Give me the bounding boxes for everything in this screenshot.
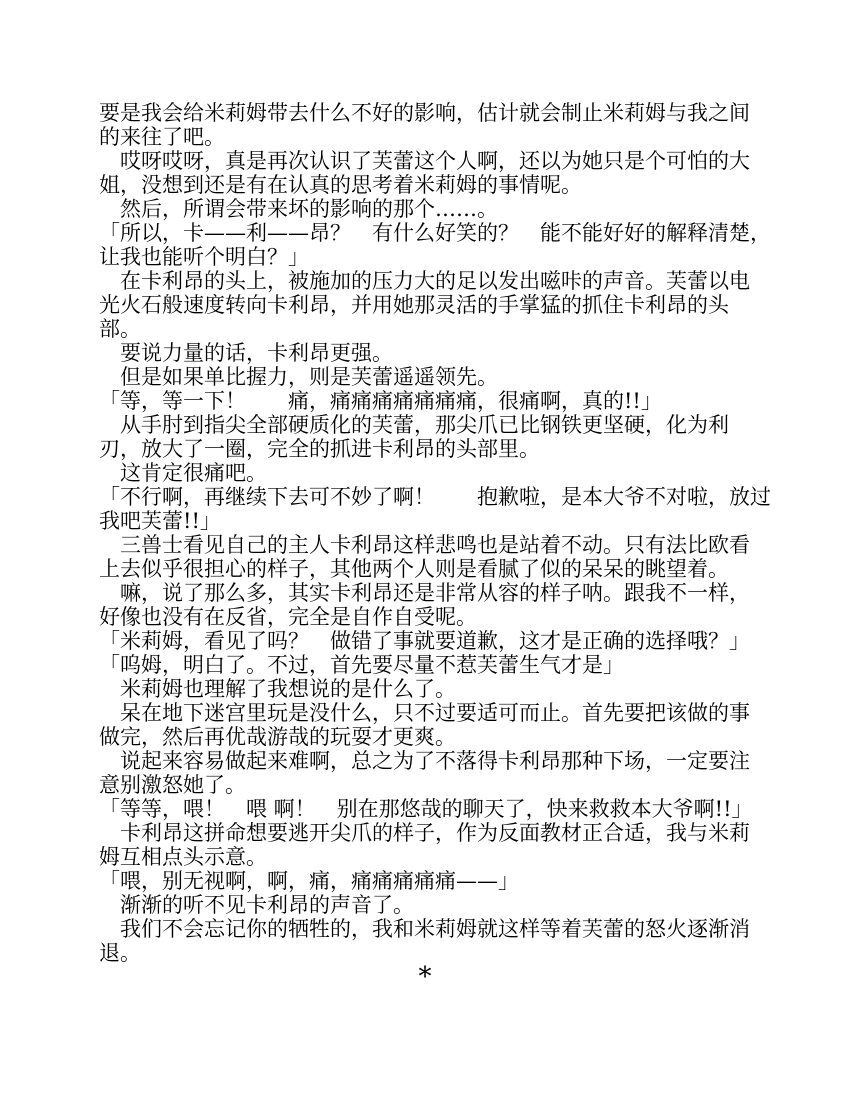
text-line: 姆互相点头示意。 [0,845,850,869]
text-line: 刃，放大了一圈，完全的抓进卡利昂的头部里。 [0,437,850,461]
text-line: 「不行啊，再继续下去可不妙了啊！ 抱歉啦，是本大爷不对啦，放过 [0,485,850,509]
novel-page: 要是我会给米莉姆带去什么不好的影响，估计就会制止米莉姆与我之间的来往了吧。哎呀哎… [0,0,850,1100]
text-line: 说起来容易做起来难啊，总之为了不落得卡利昂那种下场，一定要注 [0,749,850,773]
text-line: 在卡利昂的头上，被施加的压力大的足以发出嗞咔的声音。芙蕾以电 [0,269,850,293]
text-line: 但是如果单比握力，则是芙蕾遥遥领先。 [0,365,850,389]
text-line: 从手肘到指尖全部硬质化的芙蕾，那尖爪已比钢铁更坚硬，化为利 [0,413,850,437]
text-line: 要说力量的话，卡利昂更强。 [0,341,850,365]
text-line: 呆在地下迷宫里玩是没什么，只不过要适可而止。首先要把该做的事 [0,701,850,725]
text-line: 好像也没有在反省，完全是自作自受呢。 [0,605,850,629]
text-line: 「喂，别无视啊，啊，痛，痛痛痛痛痛——」 [0,869,850,893]
text-line: 哎呀哎呀，真是再次认识了芙蕾这个人啊，还以为她只是个可怕的大 [0,149,850,173]
text-line: 意别激怒她了。 [0,773,850,797]
text-line: 三兽士看见自己的主人卡利昂这样悲鸣也是站着不动。只有法比欧看 [0,533,850,557]
text-line: 要是我会给米莉姆带去什么不好的影响，估计就会制止米莉姆与我之间 [0,101,850,125]
text-line: 「所以，卡——利——昂？ 有什么好笑的？ 能不能好好的解释清楚， [0,221,850,245]
text-line: 卡利昂这拼命想要逃开尖爪的样子，作为反面教材正合适，我与米莉 [0,821,850,845]
text-line: 我吧芙蕾!!」 [0,509,850,533]
text-line: 渐渐的听不见卡利昂的声音了。 [0,893,850,917]
text-line: 「等等，喂！ 喂 啊！ 别在那悠哉的聊天了，快来救救本大爷啊!!」 [0,797,850,821]
text-line: 「呜姆，明白了。不过，首先要尽量不惹芙蕾生气才是」 [0,653,850,677]
text-line: 我们不会忘记你的牺牲的，我和米莉姆就这样等着芙蕾的怒火逐渐消 [0,917,850,941]
text-line: 的来往了吧。 [0,125,850,149]
text-line: 「等，等一下！ 痛，痛痛痛痛痛痛痛，很痛啊，真的!!」 [0,389,850,413]
text-line: 光火石般速度转向卡利昂，并用她那灵活的手掌猛的抓住卡利昂的头 [0,293,850,317]
text-line: 姐，没想到还是有在认真的思考着米莉姆的事情呢。 [0,173,850,197]
text-line: 部。 [0,317,850,341]
text-line: 做完，然后再优哉游哉的玩耍才更爽。 [0,725,850,749]
section-separator: * [0,965,850,989]
text-line: 让我也能听个明白？」 [0,245,850,269]
text-line: 这肯定很痛吧。 [0,461,850,485]
text-line: 然后，所谓会带来坏的影响的那个……。 [0,197,850,221]
text-line: 上去似乎很担心的样子，其他两个人则是看腻了似的呆呆的眺望着。 [0,557,850,581]
text-line: 米莉姆也理解了我想说的是什么了。 [0,677,850,701]
page-text: 要是我会给米莉姆带去什么不好的影响，估计就会制止米莉姆与我之间的来往了吧。哎呀哎… [0,101,850,965]
text-line: 嘛，说了那么多，其实卡利昂还是非常从容的样子呐。跟我不一样， [0,581,850,605]
text-line: 「米莉姆，看见了吗？ 做错了事就要道歉，这才是正确的选择哦？」 [0,629,850,653]
